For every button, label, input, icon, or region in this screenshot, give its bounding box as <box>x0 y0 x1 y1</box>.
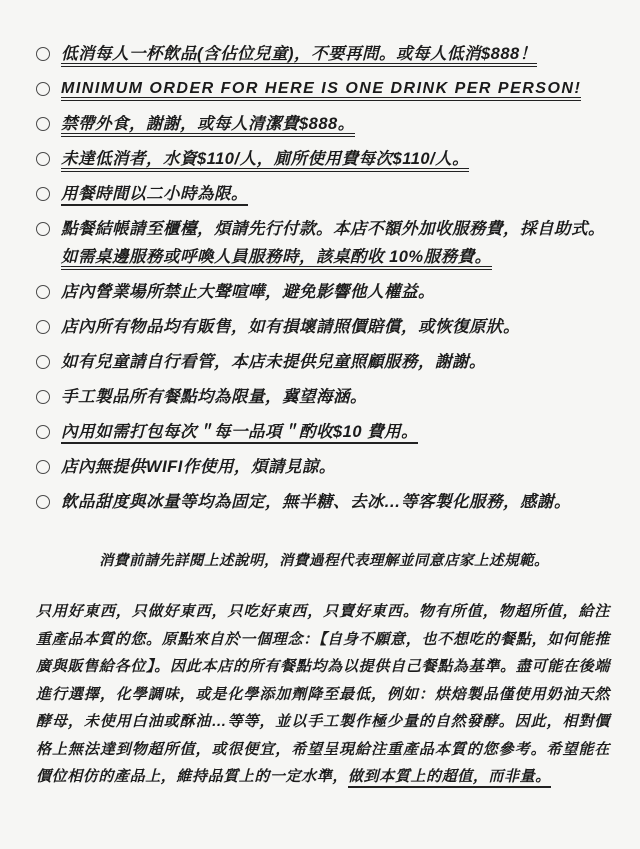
rule-item-self-service: 點餐結帳請至櫃檯，煩請先行付款。本店不額外加收服務費，採自助式。 如需桌邊服務或… <box>36 215 612 271</box>
rule-item-no-wifi: 店內無提供WIFI作使用，煩請見諒。 <box>36 453 612 481</box>
circle-bullet-icon <box>36 285 50 299</box>
rule-text: 未達低消者，水資$110/人，廁所使用費每次$110/人。 <box>61 150 469 172</box>
rule-text: 低消每人一杯飲品(含佔位兒童)，不要再問。或每人低消$888！ <box>61 45 537 67</box>
store-notice-page: 低消每人一杯飲品(含佔位兒童)，不要再問。或每人低消$888！ MINIMUM … <box>0 0 640 849</box>
rule-text: 店內所有物品均有販售，如有損壞請照價賠償，或恢復原狀。 <box>61 318 520 336</box>
circle-bullet-icon <box>36 390 50 404</box>
rule-item-damage-compensation: 店內所有物品均有販售，如有損壞請照價賠償，或恢復原狀。 <box>36 313 612 341</box>
rule-item-no-outside-food: 禁帶外食，謝謝，或每人清潔費$888。 <box>36 110 612 138</box>
rule-text: 禁帶外食，謝謝，或每人清潔費$888。 <box>61 115 355 137</box>
rule-text: 飲品甜度與冰量等均為固定，無半糖、去冰…等客製化服務，感謝。 <box>61 493 571 511</box>
rule-text: 店內無提供WIFI作使用，煩請見諒。 <box>61 458 336 476</box>
circle-bullet-icon <box>36 222 50 236</box>
rule-text: MINIMUM ORDER FOR HERE IS ONE DRINK PER … <box>61 80 581 101</box>
circle-bullet-icon <box>36 47 50 61</box>
rule-item-minimum-charge: 低消每人一杯飲品(含佔位兒童)，不要再問。或每人低消$888！ <box>36 40 612 68</box>
rule-item-minimum-order-english: MINIMUM ORDER FOR HERE IS ONE DRINK PER … <box>36 75 612 103</box>
store-philosophy-paragraph: 只用好東西，只做好東西，只吃好東西，只賣好東西。物有所值，物超所值，給注重產品本… <box>36 598 610 791</box>
rule-text: 店內營業場所禁止大聲喧嘩，避免影響他人權益。 <box>61 283 435 301</box>
rule-item-children-supervision: 如有兒童請自行看管，本店未提供兒童照顧服務，謝謝。 <box>36 348 612 376</box>
circle-bullet-icon <box>36 495 50 509</box>
circle-bullet-icon <box>36 320 50 334</box>
circle-bullet-icon <box>36 187 50 201</box>
circle-bullet-icon <box>36 460 50 474</box>
rule-text: 用餐時間以二小時為限。 <box>61 185 248 206</box>
circle-bullet-icon <box>36 355 50 369</box>
rule-item-water-toilet-fee: 未達低消者，水資$110/人，廁所使用費每次$110/人。 <box>36 145 612 173</box>
circle-bullet-icon <box>36 152 50 166</box>
rule-item-limited-quantity: 手工製品所有餐點均為限量，冀望海涵。 <box>36 383 612 411</box>
consent-statement: 消費前請先詳閱上述說明，消費過程代表理解並同意店家上述規範。 <box>36 550 612 572</box>
rule-item-no-customization: 飲品甜度與冰量等均為固定，無半糖、去冰…等客製化服務，感謝。 <box>36 488 612 516</box>
philosophy-text: 只用好東西，只做好東西，只吃好東西，只賣好東西。物有所值，物超所值，給注重產品本… <box>36 603 610 785</box>
circle-bullet-icon <box>36 425 50 439</box>
rule-text: 如有兒童請自行看管，本店未提供兒童照顧服務，謝謝。 <box>61 353 486 371</box>
rule-text: 手工製品所有餐點均為限量，冀望海涵。 <box>61 388 367 406</box>
rule-text-underlined: 如需桌邊服務或呼喚人員服務時，該桌酌收 10%服務費。 <box>61 248 492 270</box>
philosophy-text-underlined: 做到本質上的超值，而非量。 <box>348 768 551 788</box>
rule-text: 內用如需打包每次＂每一品項＂酌收$10 費用。 <box>61 423 418 444</box>
rule-text: 點餐結帳請至櫃檯，煩請先行付款。本店不額外加收服務費，採自助式。 <box>61 220 605 238</box>
rule-item-no-loud-noise: 店內營業場所禁止大聲喧嘩，避免影響他人權益。 <box>36 278 612 306</box>
rule-item-dining-time-limit: 用餐時間以二小時為限。 <box>36 180 612 208</box>
rules-list: 低消每人一杯飲品(含佔位兒童)，不要再問。或每人低消$888！ MINIMUM … <box>36 40 612 516</box>
circle-bullet-icon <box>36 117 50 131</box>
circle-bullet-icon <box>36 82 50 96</box>
rule-item-takeout-packing-fee: 內用如需打包每次＂每一品項＂酌收$10 費用。 <box>36 418 612 446</box>
